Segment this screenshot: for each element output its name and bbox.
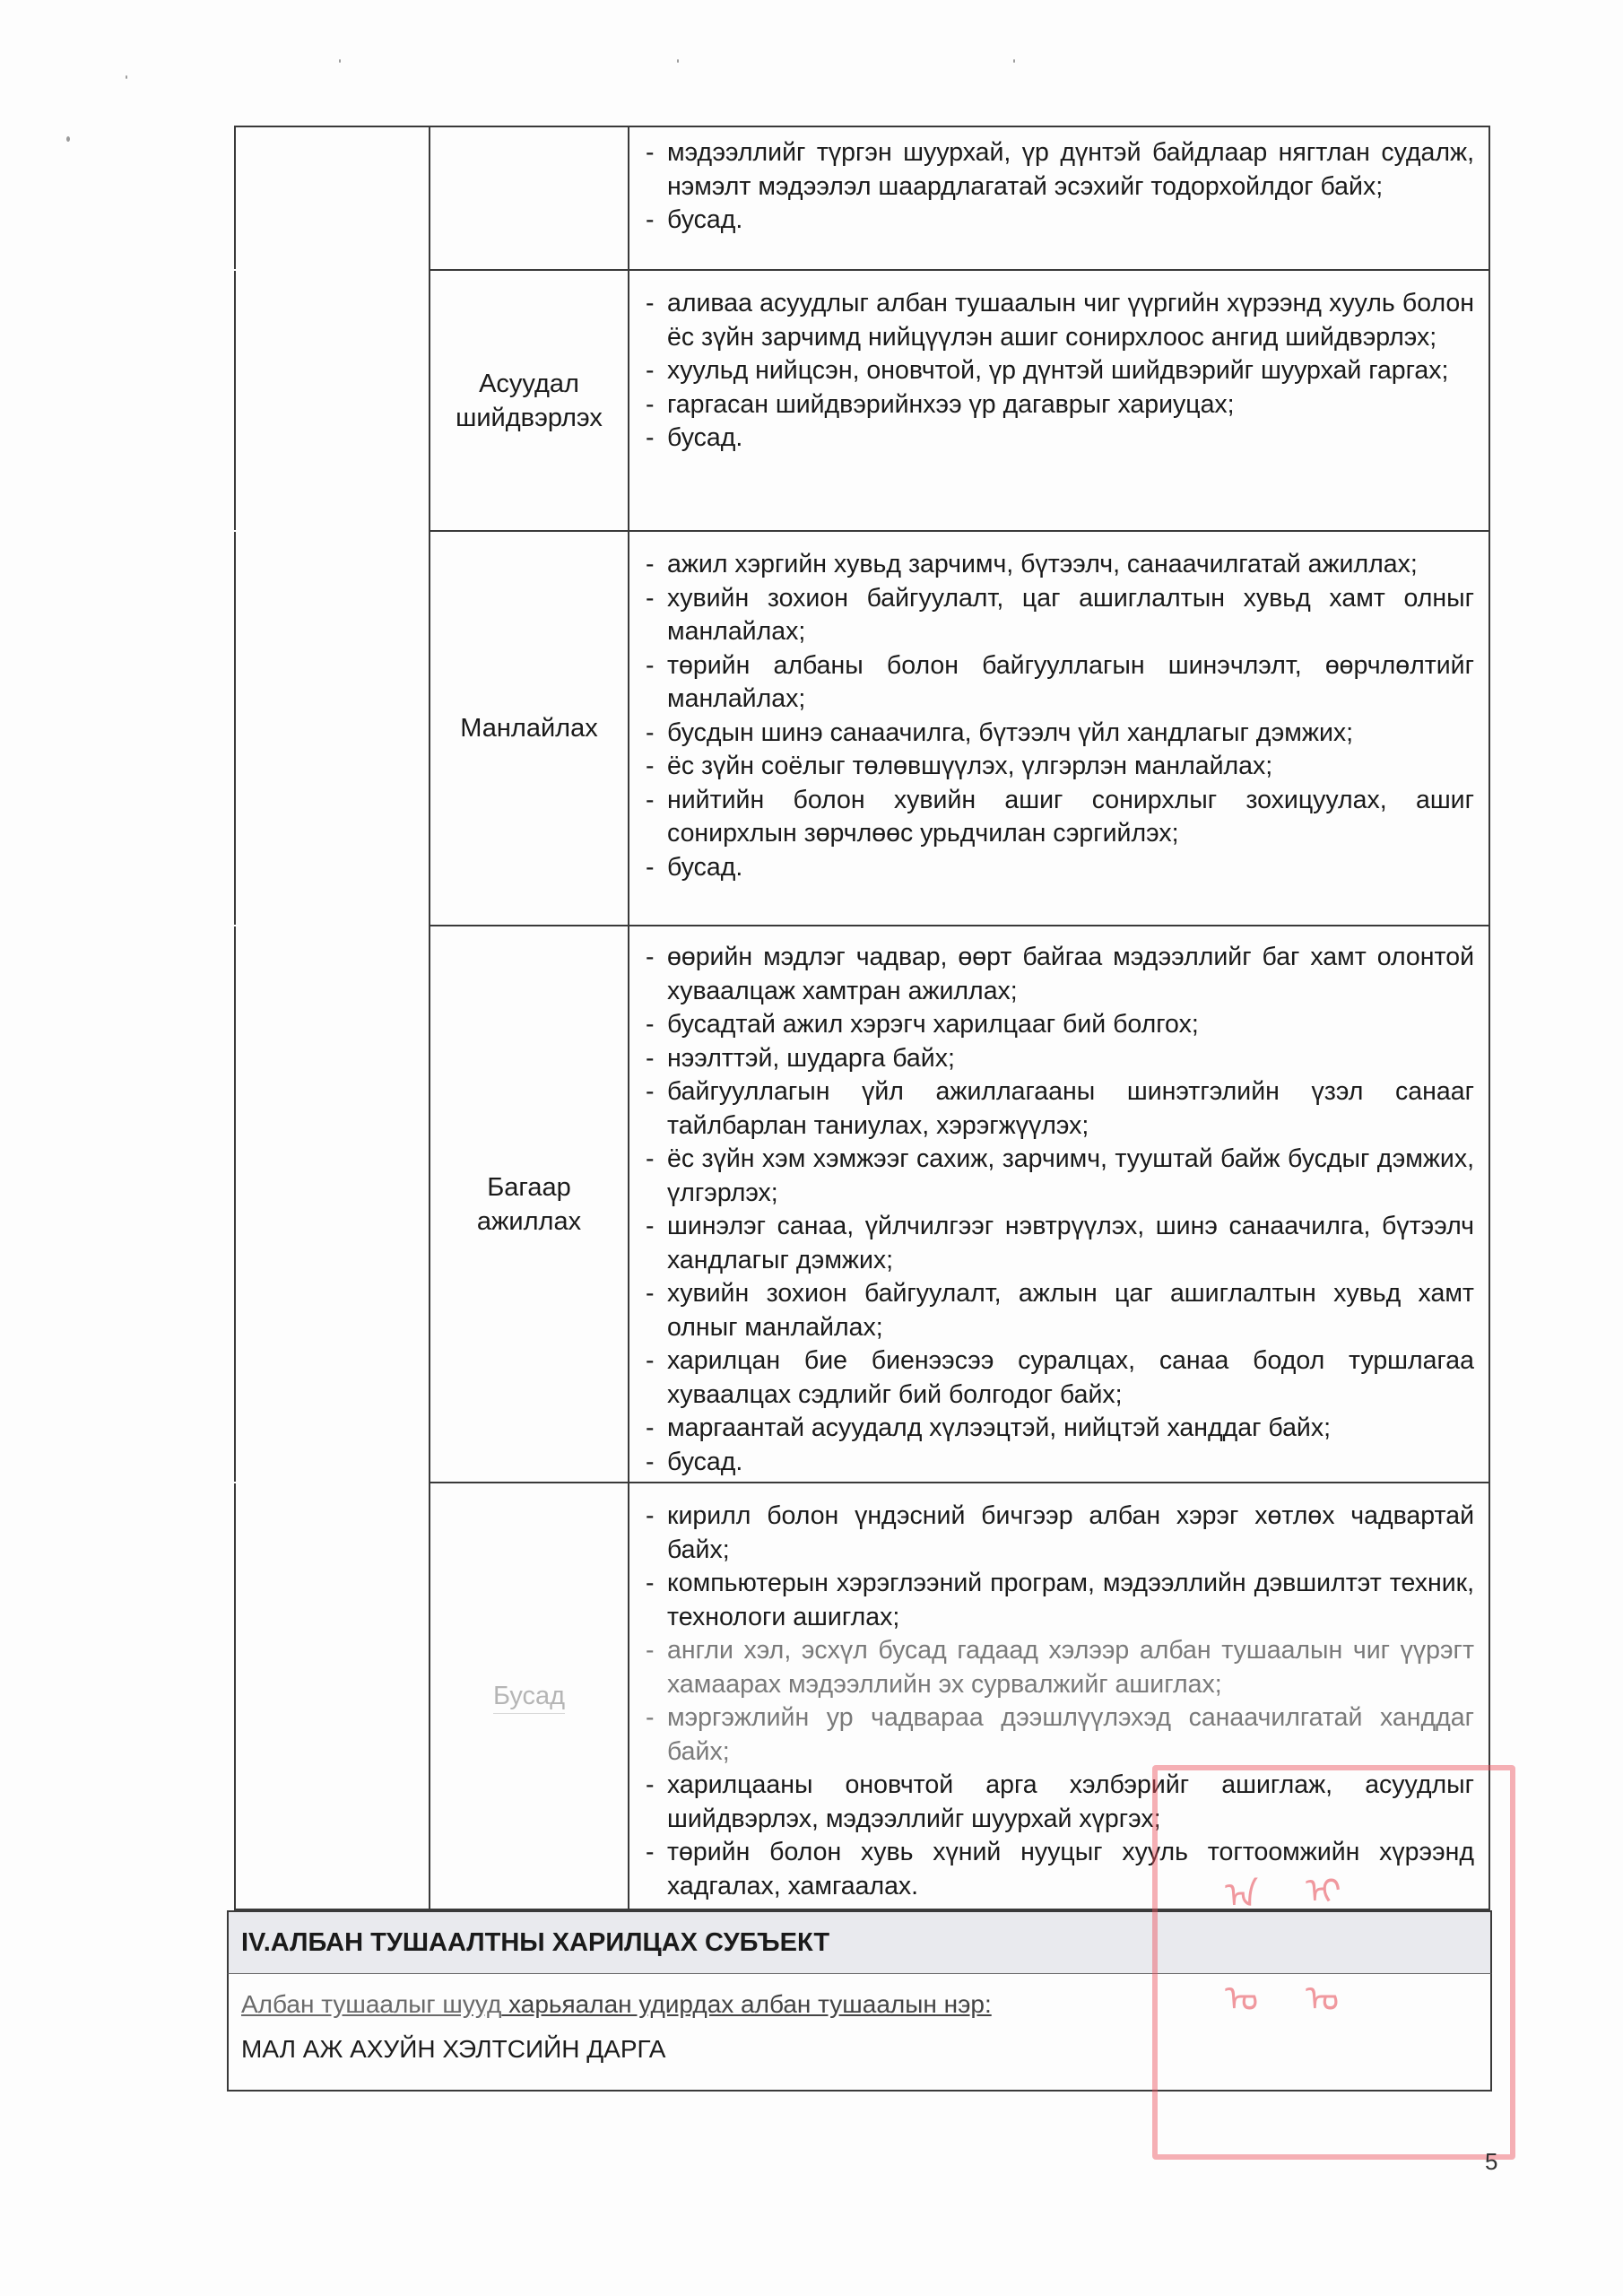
scan-artifact: [1013, 59, 1015, 63]
list-item: хуульд нийцсэн, оновчтой, үр дүнтэй шийд…: [646, 354, 1474, 388]
item-list: мэдээллийг түргэн шуурхай, үр дүнтэй бай…: [646, 136, 1474, 238]
item-list: ажил хэргийн хувьд зарчимч, бүтээлч, сан…: [646, 548, 1474, 884]
list-item: өөрийн мэдлэг чадвар, өөрт байгаа мэдээл…: [646, 941, 1474, 1008]
empty-cell: [234, 532, 429, 925]
competency-name: Багаар ажиллах: [429, 926, 628, 1482]
competency-details: өөрийн мэдлэг чадвар, өөрт байгаа мэдээл…: [628, 926, 1490, 1482]
item-list: өөрийн мэдлэг чадвар, өөрт байгаа мэдээл…: [646, 941, 1474, 1479]
competency-name: Асуудал шийдвэрлэх: [429, 271, 628, 530]
scan-artifact: [677, 59, 679, 63]
list-item: харилцан бие биенээсээ суралцах, санаа б…: [646, 1344, 1474, 1412]
list-item: англи хэл, эсхүл бусад гадаад хэлээр алб…: [646, 1634, 1474, 1701]
scan-artifact: [126, 75, 127, 79]
list-item: мэдээллийг түргэн шуурхай, үр дүнтэй бай…: [646, 136, 1474, 204]
list-item: бусадтай ажил хэрэгч харилцааг бий болго…: [646, 1008, 1474, 1042]
stamp-glyph: ᠤ: [1306, 1959, 1339, 2022]
competency-name: Бусад: [429, 1483, 628, 1909]
page-number: 5: [1485, 2148, 1497, 2176]
list-item: гаргасан шийдвэрийнхээ үр дагаврыг хариу…: [646, 388, 1474, 422]
scan-artifact: [339, 59, 341, 63]
list-item: нээлттэй, шударга байх;: [646, 1042, 1474, 1076]
table-row: мэдээллийг түргэн шуурхай, үр дүнтэй бай…: [234, 126, 1490, 271]
scan-artifact: [66, 136, 70, 142]
list-item: хувийн зохион байгуулалт, ажлын цаг ашиг…: [646, 1277, 1474, 1344]
competency-details: ажил хэргийн хувьд зарчимч, бүтээлч, сан…: [628, 532, 1490, 925]
competency-details: мэдээллийг түргэн шуурхай, үр дүнтэй бай…: [628, 127, 1490, 269]
list-item: төрийн албаны болон байгууллагын шинэчлэ…: [646, 649, 1474, 717]
document-page: мэдээллийг түргэн шуурхай, үр дүнтэй бай…: [0, 0, 1623, 2296]
stamp-glyph: ᠠ: [1225, 1856, 1258, 1918]
table-row: Багаар ажиллах өөрийн мэдлэг чадвар, өөр…: [234, 926, 1490, 1483]
list-item: бусад.: [646, 422, 1474, 456]
list-item: хувийн зохион байгуулалт, цаг ашиглалтын…: [646, 582, 1474, 649]
list-item: шинэлэг санаа, үйлчилгээг нэвтрүүлэх, ши…: [646, 1210, 1474, 1277]
competency-name: [429, 127, 628, 269]
competency-name: Манлайлах: [429, 532, 628, 925]
list-item: компьютерын хэрэглээний програм, мэдээлл…: [646, 1567, 1474, 1634]
table-row: Манлайлах ажил хэргийн хувьд зарчимч, бү…: [234, 532, 1490, 926]
competency-table: мэдээллийг түргэн шуурхай, үр дүнтэй бай…: [234, 126, 1490, 1910]
competency-details: аливаа асуудлыг албан тушаалын чиг үүрги…: [628, 271, 1490, 530]
item-list: аливаа асуудлыг албан тушаалын чиг үүрги…: [646, 287, 1474, 456]
official-stamp: ᠠ ᠢ ᠣ ᠤ: [1152, 1765, 1515, 2160]
list-item: мэргэжлийн ур чадвараа дээшлүүлэхэд сана…: [646, 1701, 1474, 1769]
list-item: бусад.: [646, 204, 1474, 238]
table-row: Асуудал шийдвэрлэх аливаа асуудлыг албан…: [234, 271, 1490, 532]
list-item: бусад.: [646, 851, 1474, 885]
list-item: бусад.: [646, 1446, 1474, 1480]
empty-cell: [234, 926, 429, 1482]
list-item: байгууллагын үйл ажиллагааны шинэтгэлийн…: [646, 1075, 1474, 1143]
empty-cell: [234, 271, 429, 530]
list-item: кирилл болон үндэсний бичгээр албан хэрэ…: [646, 1500, 1474, 1567]
stamp-glyph: ᠣ: [1225, 1959, 1258, 2022]
empty-cell: [234, 127, 429, 269]
list-item: ёс зүйн соёлыг төлөвшүүлэх, үлгэрлэн ман…: [646, 750, 1474, 784]
list-item: аливаа асуудлыг албан тушаалын чиг үүрги…: [646, 287, 1474, 354]
list-item: маргаантай асуудалд хүлээцтэй, нийцтэй х…: [646, 1412, 1474, 1446]
list-item: ажил хэргийн хувьд зарчимч, бүтээлч, сан…: [646, 548, 1474, 582]
list-item: нийтийн болон хувийн ашиг сонирхлыг зохи…: [646, 784, 1474, 851]
list-item: ёс зүйн хэм хэмжээг сахиж, зарчимч, тууш…: [646, 1143, 1474, 1210]
empty-cell: [234, 1483, 429, 1909]
stamp-glyph: ᠢ: [1306, 1851, 1341, 1914]
list-item: бусдын шинэ санаачилга, бүтээлч үйл ханд…: [646, 717, 1474, 751]
